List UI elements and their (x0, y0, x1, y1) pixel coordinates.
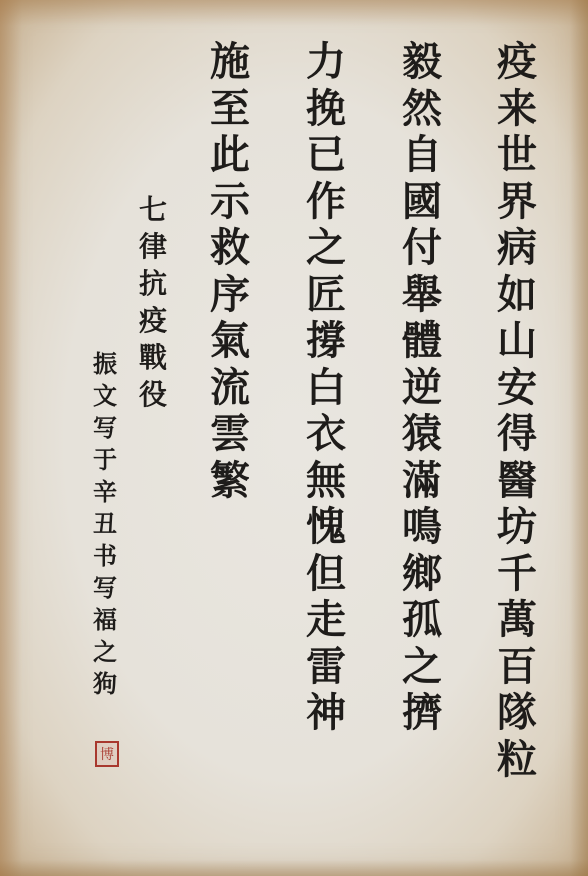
calligraphy-character: 辛 (93, 480, 117, 512)
calligraphy-character: 示 (210, 182, 250, 229)
poem-column-4: 施至此示救序氣流雲繁 (200, 42, 260, 507)
calligraphy-character: 界 (497, 182, 537, 229)
calligraphy-character: 撐 (306, 321, 346, 368)
calligraphy-character: 如 (497, 275, 537, 322)
calligraphy-character: 無 (306, 461, 346, 508)
calligraphy-character: 付 (402, 228, 442, 275)
calligraphy-character: 滿 (402, 461, 442, 508)
calligraphy-character: 施 (210, 42, 250, 89)
calligraphy-character: 猿 (402, 414, 442, 461)
calligraphy-character: 雷 (306, 647, 346, 694)
calligraphy-character: 安 (497, 368, 537, 415)
artist-seal: 博 (95, 741, 119, 767)
calligraphy-character: 自 (402, 135, 442, 182)
calligraphy-character: 振 (93, 352, 117, 384)
calligraphy-character: 福 (93, 608, 117, 640)
calligraphy-character: 走 (306, 600, 346, 647)
calligraphy-character: 舉 (402, 275, 442, 322)
calligraphy-character: 书 (93, 544, 117, 576)
calligraphy-character: 之 (93, 640, 117, 672)
calligraphy-character: 丑 (93, 512, 117, 544)
calligraphy-character: 序 (210, 275, 250, 322)
calligraphy-character: 然 (402, 89, 442, 136)
poem-title-column: 七律抗疫戰役 (128, 196, 178, 418)
calligraphy-character: 氣 (210, 321, 250, 368)
calligraphy-character: 雲 (210, 414, 250, 461)
poem-column-3: 力挽已作之匠撐白衣無愧但走雷神 (296, 42, 356, 740)
calligraphy-character: 百 (497, 647, 537, 694)
calligraphy-character: 疫 (139, 307, 167, 344)
calligraphy-character: 逆 (402, 368, 442, 415)
calligraphy-character: 國 (402, 182, 442, 229)
calligraphy-character: 得 (497, 414, 537, 461)
calligraphy-character: 山 (497, 321, 537, 368)
calligraphy-character: 孤 (402, 600, 442, 647)
calligraphy-character: 之 (306, 228, 346, 275)
calligraphy-character: 力 (306, 42, 346, 89)
calligraphy-character: 世 (497, 135, 537, 182)
calligraphy-character: 之 (402, 647, 442, 694)
calligraphy-character: 坊 (497, 507, 537, 554)
calligraphy-character: 匠 (306, 275, 346, 322)
poem-column-2: 毅然自國付舉體逆猿滿鳴鄉孤之擠 (392, 42, 452, 740)
poem-column-1: 疫来世界病如山安得醫坊千萬百隊粒 (487, 42, 547, 786)
calligraphy-character: 戰 (139, 344, 167, 381)
calligraphy-character: 写 (93, 576, 117, 608)
calligraphy-character: 鄉 (402, 554, 442, 601)
calligraphy-character: 擠 (402, 693, 442, 740)
calligraphy-character: 已 (306, 135, 346, 182)
calligraphy-character: 流 (210, 368, 250, 415)
calligraphy-character: 神 (306, 693, 346, 740)
calligraphy-character: 體 (402, 321, 442, 368)
calligraphy-character: 来 (497, 89, 537, 136)
calligraphy-character: 繁 (210, 461, 250, 508)
calligraphy-character: 作 (306, 182, 346, 229)
calligraphy-character: 隊 (497, 693, 537, 740)
calligraphy-character: 七 (139, 196, 167, 233)
calligraphy-character: 千 (497, 554, 537, 601)
calligraphy-character: 白 (306, 368, 346, 415)
calligraphy-character: 此 (210, 135, 250, 182)
calligraphy-character: 律 (139, 233, 167, 270)
calligraphy-character: 萬 (497, 600, 537, 647)
calligraphy-character: 衣 (306, 414, 346, 461)
calligraphy-character: 于 (93, 448, 117, 480)
calligraphy-character: 写 (93, 416, 117, 448)
calligraphy-character: 文 (93, 384, 117, 416)
calligraphy-character: 毅 (402, 42, 442, 89)
calligraphy-character: 鳴 (402, 507, 442, 554)
calligraphy-character: 粒 (497, 740, 537, 787)
calligraphy-character: 病 (497, 228, 537, 275)
calligraphy-character: 役 (139, 381, 167, 418)
calligraphy-character: 狗 (93, 672, 117, 704)
calligraphy-character: 挽 (306, 89, 346, 136)
seal-text: 博 (100, 744, 114, 764)
calligraphy-character: 救 (210, 228, 250, 275)
calligraphy-character: 疫 (497, 42, 537, 89)
calligraphy-character: 醫 (497, 461, 537, 508)
calligraphy-character: 抗 (139, 270, 167, 307)
calligraphy-character: 愧 (306, 507, 346, 554)
calligraphy-character: 但 (306, 554, 346, 601)
calligraphy-character: 至 (210, 89, 250, 136)
signature-column: 振文写于辛丑书写福之狗 (80, 352, 130, 704)
